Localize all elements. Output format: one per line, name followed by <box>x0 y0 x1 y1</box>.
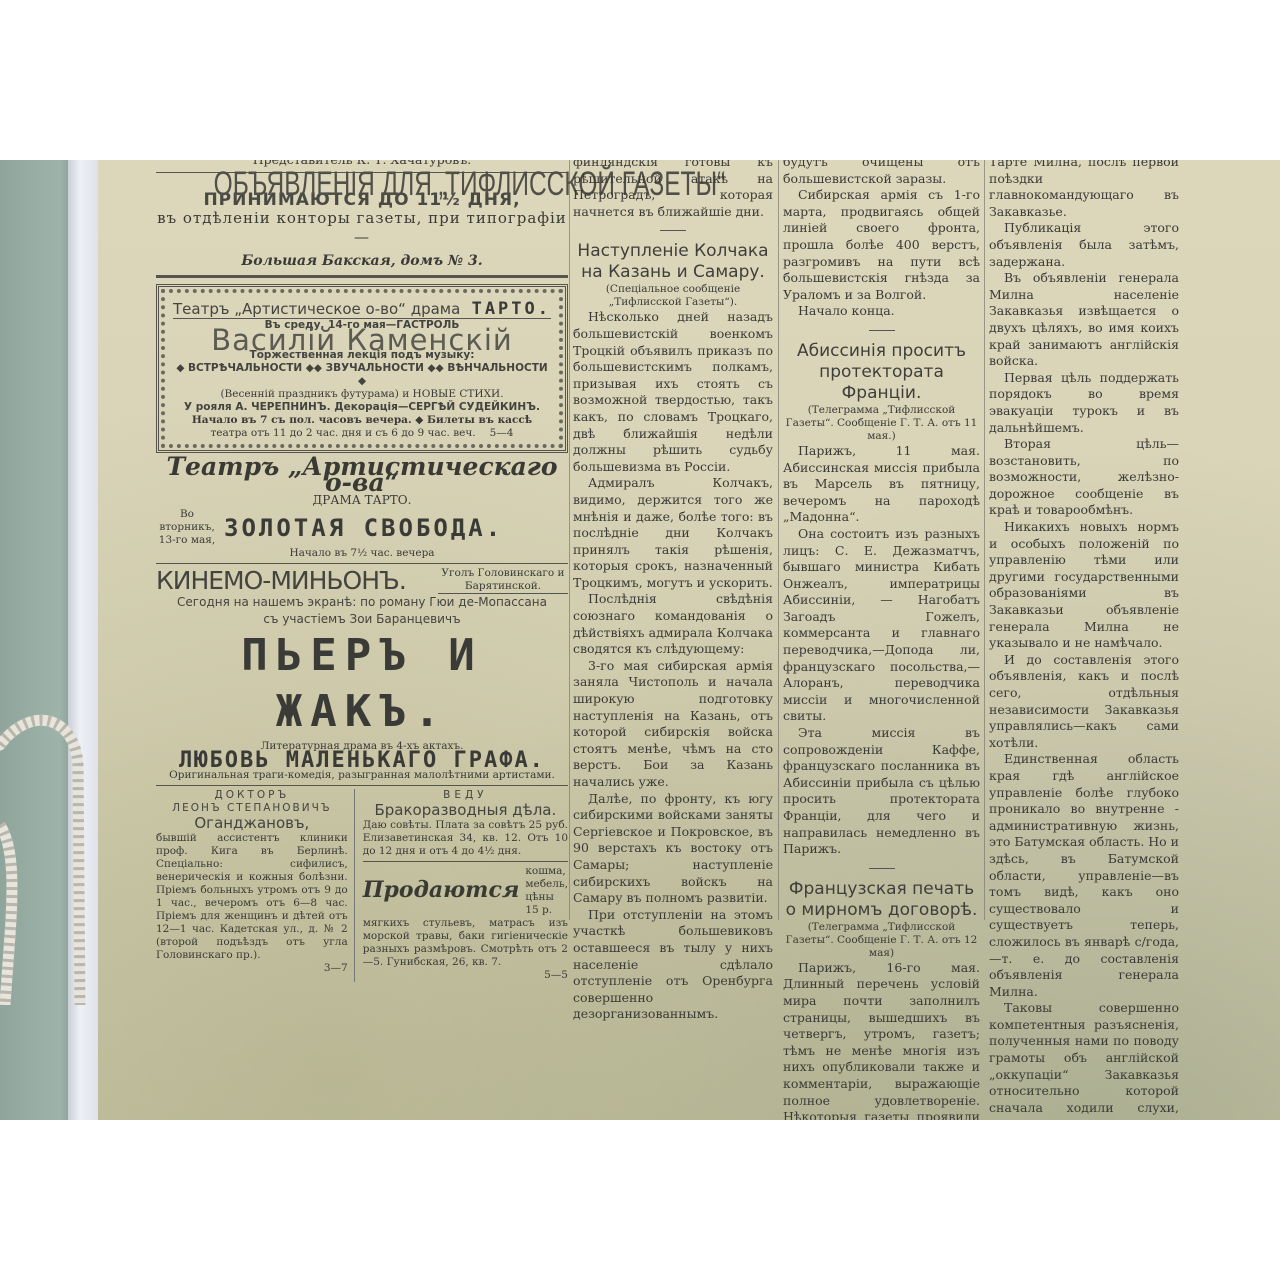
theatre2-play: ЗОЛОТАЯ СВОБОДА. <box>224 520 503 537</box>
doctor-title: ДОКТОРЪ <box>156 789 348 802</box>
theatre-header-right: ТАРТО. <box>472 301 551 318</box>
theatre2-start: Начало въ 7½ час. вечера <box>156 547 568 560</box>
top-fragment: будутъ очищены отъ большевистской заразы… <box>783 160 980 187</box>
sale-code: 5—5 <box>363 969 568 982</box>
performer-name: Василій Каменскій <box>173 332 551 349</box>
transcaucasia-column: Тарте Милна, послѣ первой поѣздки главно… <box>989 160 1179 1120</box>
top-fragment: Тарте Милна, послѣ первой поѣздки главно… <box>989 160 1179 220</box>
article-paragraph: Публикація этого объявленія была затѣмъ,… <box>989 220 1179 270</box>
abyssinia-column: будутъ очищены отъ большевистской заразы… <box>783 160 980 1120</box>
article-paragraph: 3-го мая сибирская армія заняла Чистопол… <box>573 658 773 791</box>
article-paragraph: Таковы совершенно компетентныя разъяснен… <box>989 1000 1179 1120</box>
article-title-kolchak: Наступленіе Колчака на Казань и Самару. <box>573 241 773 283</box>
doctor-ad: ДОКТОРЪ ЛЕОНЪ СТЕПАНОВИЧЪ Оганджановъ, б… <box>156 789 355 982</box>
article-paragraph: Она состоитъ изъ разныхъ лицъ: С. Е. Деж… <box>783 526 980 725</box>
credits: У рояля А. ЧЕРЕПНИНЪ. Декорація—СЕРГѢЙ С… <box>173 401 551 414</box>
article-title-abyssinia: Абиссинія проситъ протектората Франціи. <box>783 341 980 404</box>
ad-code: 5—4 <box>490 427 514 440</box>
article-paragraph: Единственная область края гдѣ англійское… <box>989 751 1179 1000</box>
article-source: (Телеграмма „Тифлисской Газеты“. Сообщен… <box>783 921 980 960</box>
doctor-code: 3—7 <box>156 962 348 975</box>
cinema-address: Уголъ Головинскаго и Барятинской. <box>438 567 568 594</box>
article-paragraph: Далѣе, по фронту, къ югу сибирскими войс… <box>573 791 773 907</box>
theatre2-sub: ДРАМА ТАРТО. <box>156 492 568 509</box>
lecture-topics: ◆ ВСТРѢЧАЛЬНОСТИ ◆◆ ЗВУЧАЛЬНОСТИ ◆◆ ВѢНЧ… <box>173 362 551 388</box>
newspaper-page: Представитель К. Т. Хачатуровъ. ОБЪЯВЛЕН… <box>98 160 1280 1120</box>
ad-office-line: въ отдѣленіи конторы газеты, при типогра… <box>156 209 568 247</box>
cinema-cast: съ участіемъ Зои Баранцевичъ <box>156 611 568 628</box>
article-source: (Спеціальное сообщеніе „Тифлисской Газет… <box>573 283 773 309</box>
article-paragraph: Послѣднія свѣдѣнія союзнаго командованія… <box>573 591 773 657</box>
article-paragraph: Первая цѣль поддержать порядокъ во время… <box>989 370 1179 436</box>
lawyer-ad: ВЕДУ Бракоразводныя дѣла. Даю совѣты. Пл… <box>363 789 568 982</box>
advertisements-column: Представитель К. Т. Хачатуровъ. ОБЪЯВЛЕН… <box>156 160 568 982</box>
top-fragment: финляндскія готовы къ рѣшительной атакѣ … <box>573 160 773 220</box>
article-paragraph: Парижъ, 16-го мая. Длинный перечень усло… <box>783 960 980 1120</box>
article-paragraph: При отступленіи на этомъ участкѣ большев… <box>573 907 773 1023</box>
article-paragraph: Начало конца. <box>783 303 980 320</box>
box-office-hours: театра отъ 11 до 2 час. дня и съ 6 до 9 … <box>210 427 475 440</box>
ad-office-title: ОБЪЯВЛЕНІЯ ДЛЯ „ТИФЛИССКОЙ ГАЗЕТЫ“ <box>214 176 511 193</box>
film2-title: ЛЮБОВЬ МАЛЕНЬКАГО ГРАФА. <box>156 753 568 770</box>
article-title-french-press: Французская печать о мирномъ договорѣ. <box>783 879 980 921</box>
start-time: Начало въ 7 съ пол. часовъ вечера. ◆ Бил… <box>173 414 551 427</box>
newspaper-photo: Представитель К. Т. Хачатуровъ. ОБЪЯВЛЕН… <box>0 160 1280 1120</box>
article-paragraph: Парижъ, 11 мая. Абиссинская миссія прибы… <box>783 443 980 526</box>
doctor-body: бывшій ассистентъ клиники проф. Кига въ … <box>156 832 348 962</box>
sale-body: мягкихъ стульевъ, матрасъ изъ морской тр… <box>363 917 568 969</box>
doctor-last-name: Оганджановъ, <box>156 815 348 832</box>
theatre-ad-kamensky: Театръ „Артистическое о-во“ драма ТАРТО.… <box>156 284 568 452</box>
lecture-sub: (Весенній праздникъ футурама) и НОВЫЕ СТ… <box>173 388 551 401</box>
article-paragraph: Адмиралъ Колчакъ, видимо, держится того … <box>573 475 773 591</box>
sale-headline: Продаются <box>363 882 520 899</box>
film-title: ПЬЕРЪ И ЖАКЪ. <box>156 628 568 740</box>
article-paragraph: Никакихъ новыхъ нормъ и особыхъ положені… <box>989 519 1179 652</box>
article-paragraph: Въ объявленіи генерала Милна населеніе З… <box>989 270 1179 370</box>
article-paragraph: Вторая цѣль—возстановить, по возможности… <box>989 436 1179 519</box>
lawyer-headline: Бракоразводныя дѣла. <box>363 802 568 819</box>
ad-office-address: Большая Бакская, домъ № 3. <box>156 253 568 270</box>
film2-subtitle: Оригинальная траги-комедія, разыгранная … <box>156 769 568 782</box>
binding-rope-icon <box>0 705 95 1005</box>
kolchak-column: финляндскія готовы къ рѣшительной атакѣ … <box>573 160 773 1023</box>
article-paragraph: Сибирская армія съ 1-го марта, продвигая… <box>783 187 980 303</box>
cinema-name: КИНЕМО-МИНЬОНЪ. <box>156 573 406 590</box>
article-paragraph: Эта миссія въ сопровожденіи Каффе, франц… <box>783 725 980 858</box>
article-paragraph: Нѣсколько дней назадъ большевистскій вое… <box>573 309 773 475</box>
article-paragraph: И до составленія этого объявленія, какъ … <box>989 652 1179 752</box>
cinema-today: Сегодня на нашемъ экранѣ: по роману Гюи … <box>156 594 568 611</box>
theatre2-date: Во вторникъ, 13-го мая, <box>156 508 218 547</box>
lawyer-body: Даю совѣты. Плата за совѣтъ 25 руб. Елиз… <box>363 819 568 858</box>
article-source: (Телеграмма „Тифлисской Газеты“. Сообщен… <box>783 404 980 443</box>
theatre2-title: Театръ „Артистическаго о-ва“ <box>156 459 568 492</box>
sale-side: кошма, мебель, цѣны 15 р. <box>525 865 568 917</box>
theatre-header: Театръ „Артистическое о-во“ драма <box>173 301 460 318</box>
